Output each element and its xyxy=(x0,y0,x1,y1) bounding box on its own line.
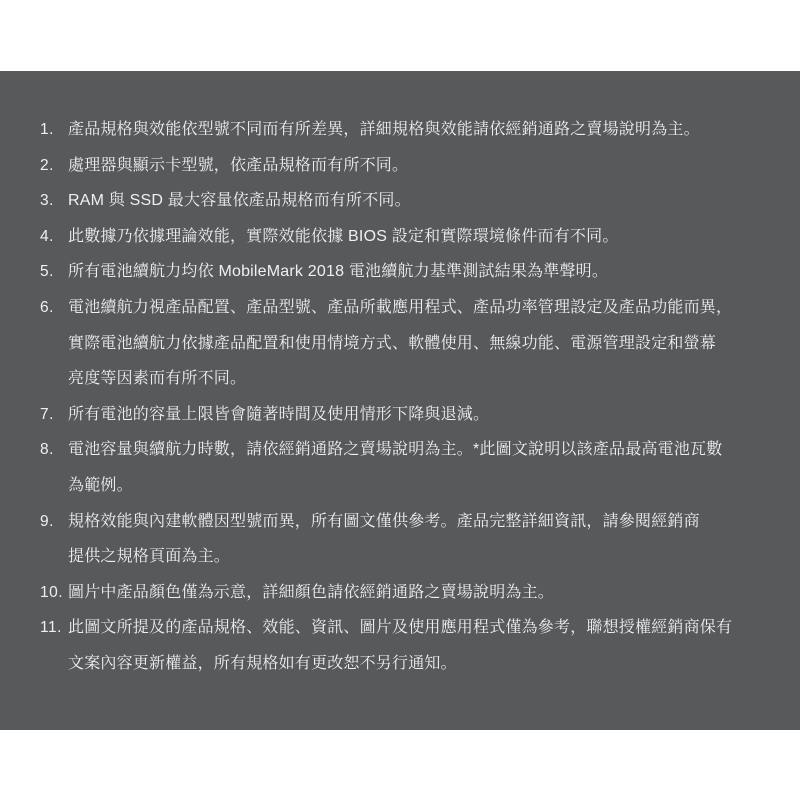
item-text: 產品規格與效能依型號不同而有所差異，詳細規格與效能請依經銷通路之賣場說明為主。 xyxy=(68,112,772,148)
item-text: 此數據乃依據理論效能，實際效能依據 BIOS 設定和實際環境條件而有不同。 xyxy=(68,219,772,255)
item-text-line: 電池續航力視產品配置、產品型號、產品所載應用程式、產品功率管理設定及產品功能而異… xyxy=(68,290,772,326)
item-text-line: 所有電池的容量上限皆會隨著時間及使用情形下降與退減。 xyxy=(68,397,772,433)
list-item: 8. 電池容量與續航力時數，請依經銷通路之賣場說明為主。*此圖文說明以該產品最高… xyxy=(40,432,772,503)
list-item: 11. 此圖文所提及的產品規格、效能、資訊、圖片及使用應用程式僅為參考，聯想授權… xyxy=(40,610,772,681)
item-number: 3. xyxy=(40,183,68,219)
list-item: 2. 處理器與顯示卡型號，依產品規格而有所不同。 xyxy=(40,148,772,184)
list-item: 5. 所有電池續航力均依 MobileMark 2018 電池續航力基準測試結果… xyxy=(40,254,772,290)
item-text: 處理器與顯示卡型號，依產品規格而有所不同。 xyxy=(68,148,772,184)
item-text: 所有電池續航力均依 MobileMark 2018 電池續航力基準測試結果為準聲… xyxy=(68,254,772,290)
item-text: 電池容量與續航力時數，請依經銷通路之賣場說明為主。*此圖文說明以該產品最高電池瓦… xyxy=(68,432,772,503)
list-item: 10. 圖片中產品顏色僅為示意，詳細顏色請依經銷通路之賣場說明為主。 xyxy=(40,575,772,611)
list-item: 9. 規格效能與內建軟體因型號而異，所有圖文僅供參考。產品完整詳細資訊，請參閱經… xyxy=(40,504,772,575)
item-text-line: 此圖文所提及的產品規格、效能、資訊、圖片及使用應用程式僅為參考，聯想授權經銷商保… xyxy=(68,610,772,646)
item-number: 7. xyxy=(40,397,68,433)
item-text-line: 所有電池續航力均依 MobileMark 2018 電池續航力基準測試結果為準聲… xyxy=(68,254,772,290)
item-text-line: 產品規格與效能依型號不同而有所差異，詳細規格與效能請依經銷通路之賣場說明為主。 xyxy=(68,112,772,148)
item-text-line: 文案內容更新權益，所有規格如有更改恕不另行通知。 xyxy=(68,646,772,682)
item-text: 圖片中產品顏色僅為示意，詳細顏色請依經銷通路之賣場說明為主。 xyxy=(68,575,772,611)
item-text: 規格效能與內建軟體因型號而異，所有圖文僅供參考。產品完整詳細資訊，請參閱經銷商 … xyxy=(68,504,772,575)
item-text-line: 規格效能與內建軟體因型號而異，所有圖文僅供參考。產品完整詳細資訊，請參閱經銷商 xyxy=(68,504,772,540)
item-text-line: 為範例。 xyxy=(68,468,772,504)
disclaimer-panel: 1. 產品規格與效能依型號不同而有所差異，詳細規格與效能請依經銷通路之賣場說明為… xyxy=(0,71,800,730)
item-number: 2. xyxy=(40,148,68,184)
item-text: RAM 與 SSD 最大容量依產品規格而有所不同。 xyxy=(68,183,772,219)
item-text-line: 此數據乃依據理論效能，實際效能依據 BIOS 設定和實際環境條件而有不同。 xyxy=(68,219,772,255)
list-item: 7. 所有電池的容量上限皆會隨著時間及使用情形下降與退減。 xyxy=(40,397,772,433)
item-text: 此圖文所提及的產品規格、效能、資訊、圖片及使用應用程式僅為參考，聯想授權經銷商保… xyxy=(68,610,772,681)
list-item: 4. 此數據乃依據理論效能，實際效能依據 BIOS 設定和實際環境條件而有不同。 xyxy=(40,219,772,255)
item-text-line: 圖片中產品顏色僅為示意，詳細顏色請依經銷通路之賣場說明為主。 xyxy=(68,575,772,611)
item-text-line: 亮度等因素而有所不同。 xyxy=(68,361,772,397)
item-number: 8. xyxy=(40,432,68,468)
list-item: 1. 產品規格與效能依型號不同而有所差異，詳細規格與效能請依經銷通路之賣場說明為… xyxy=(40,112,772,148)
item-number: 6. xyxy=(40,290,68,326)
disclaimer-list: 1. 產品規格與效能依型號不同而有所差異，詳細規格與效能請依經銷通路之賣場說明為… xyxy=(40,112,772,682)
item-text-line: 電池容量與續航力時數，請依經銷通路之賣場說明為主。*此圖文說明以該產品最高電池瓦… xyxy=(68,432,772,468)
item-text-line: 處理器與顯示卡型號，依產品規格而有所不同。 xyxy=(68,148,772,184)
item-number: 4. xyxy=(40,219,68,255)
item-number: 5. xyxy=(40,254,68,290)
list-item: 3. RAM 與 SSD 最大容量依產品規格而有所不同。 xyxy=(40,183,772,219)
item-text: 所有電池的容量上限皆會隨著時間及使用情形下降與退減。 xyxy=(68,397,772,433)
item-number: 1. xyxy=(40,112,68,148)
item-text-line: RAM 與 SSD 最大容量依產品規格而有所不同。 xyxy=(68,183,772,219)
item-number: 11. xyxy=(40,610,68,646)
item-text: 電池續航力視產品配置、產品型號、產品所載應用程式、產品功率管理設定及產品功能而異… xyxy=(68,290,772,397)
item-number: 9. xyxy=(40,504,68,540)
item-number: 10. xyxy=(40,575,68,611)
list-item: 6. 電池續航力視產品配置、產品型號、產品所載應用程式、產品功率管理設定及產品功… xyxy=(40,290,772,397)
item-text-line: 提供之規格頁面為主。 xyxy=(68,539,772,575)
item-text-line: 實際電池續航力依據產品配置和使用情境方式、軟體使用、無線功能、電源管理設定和螢幕 xyxy=(68,326,772,362)
